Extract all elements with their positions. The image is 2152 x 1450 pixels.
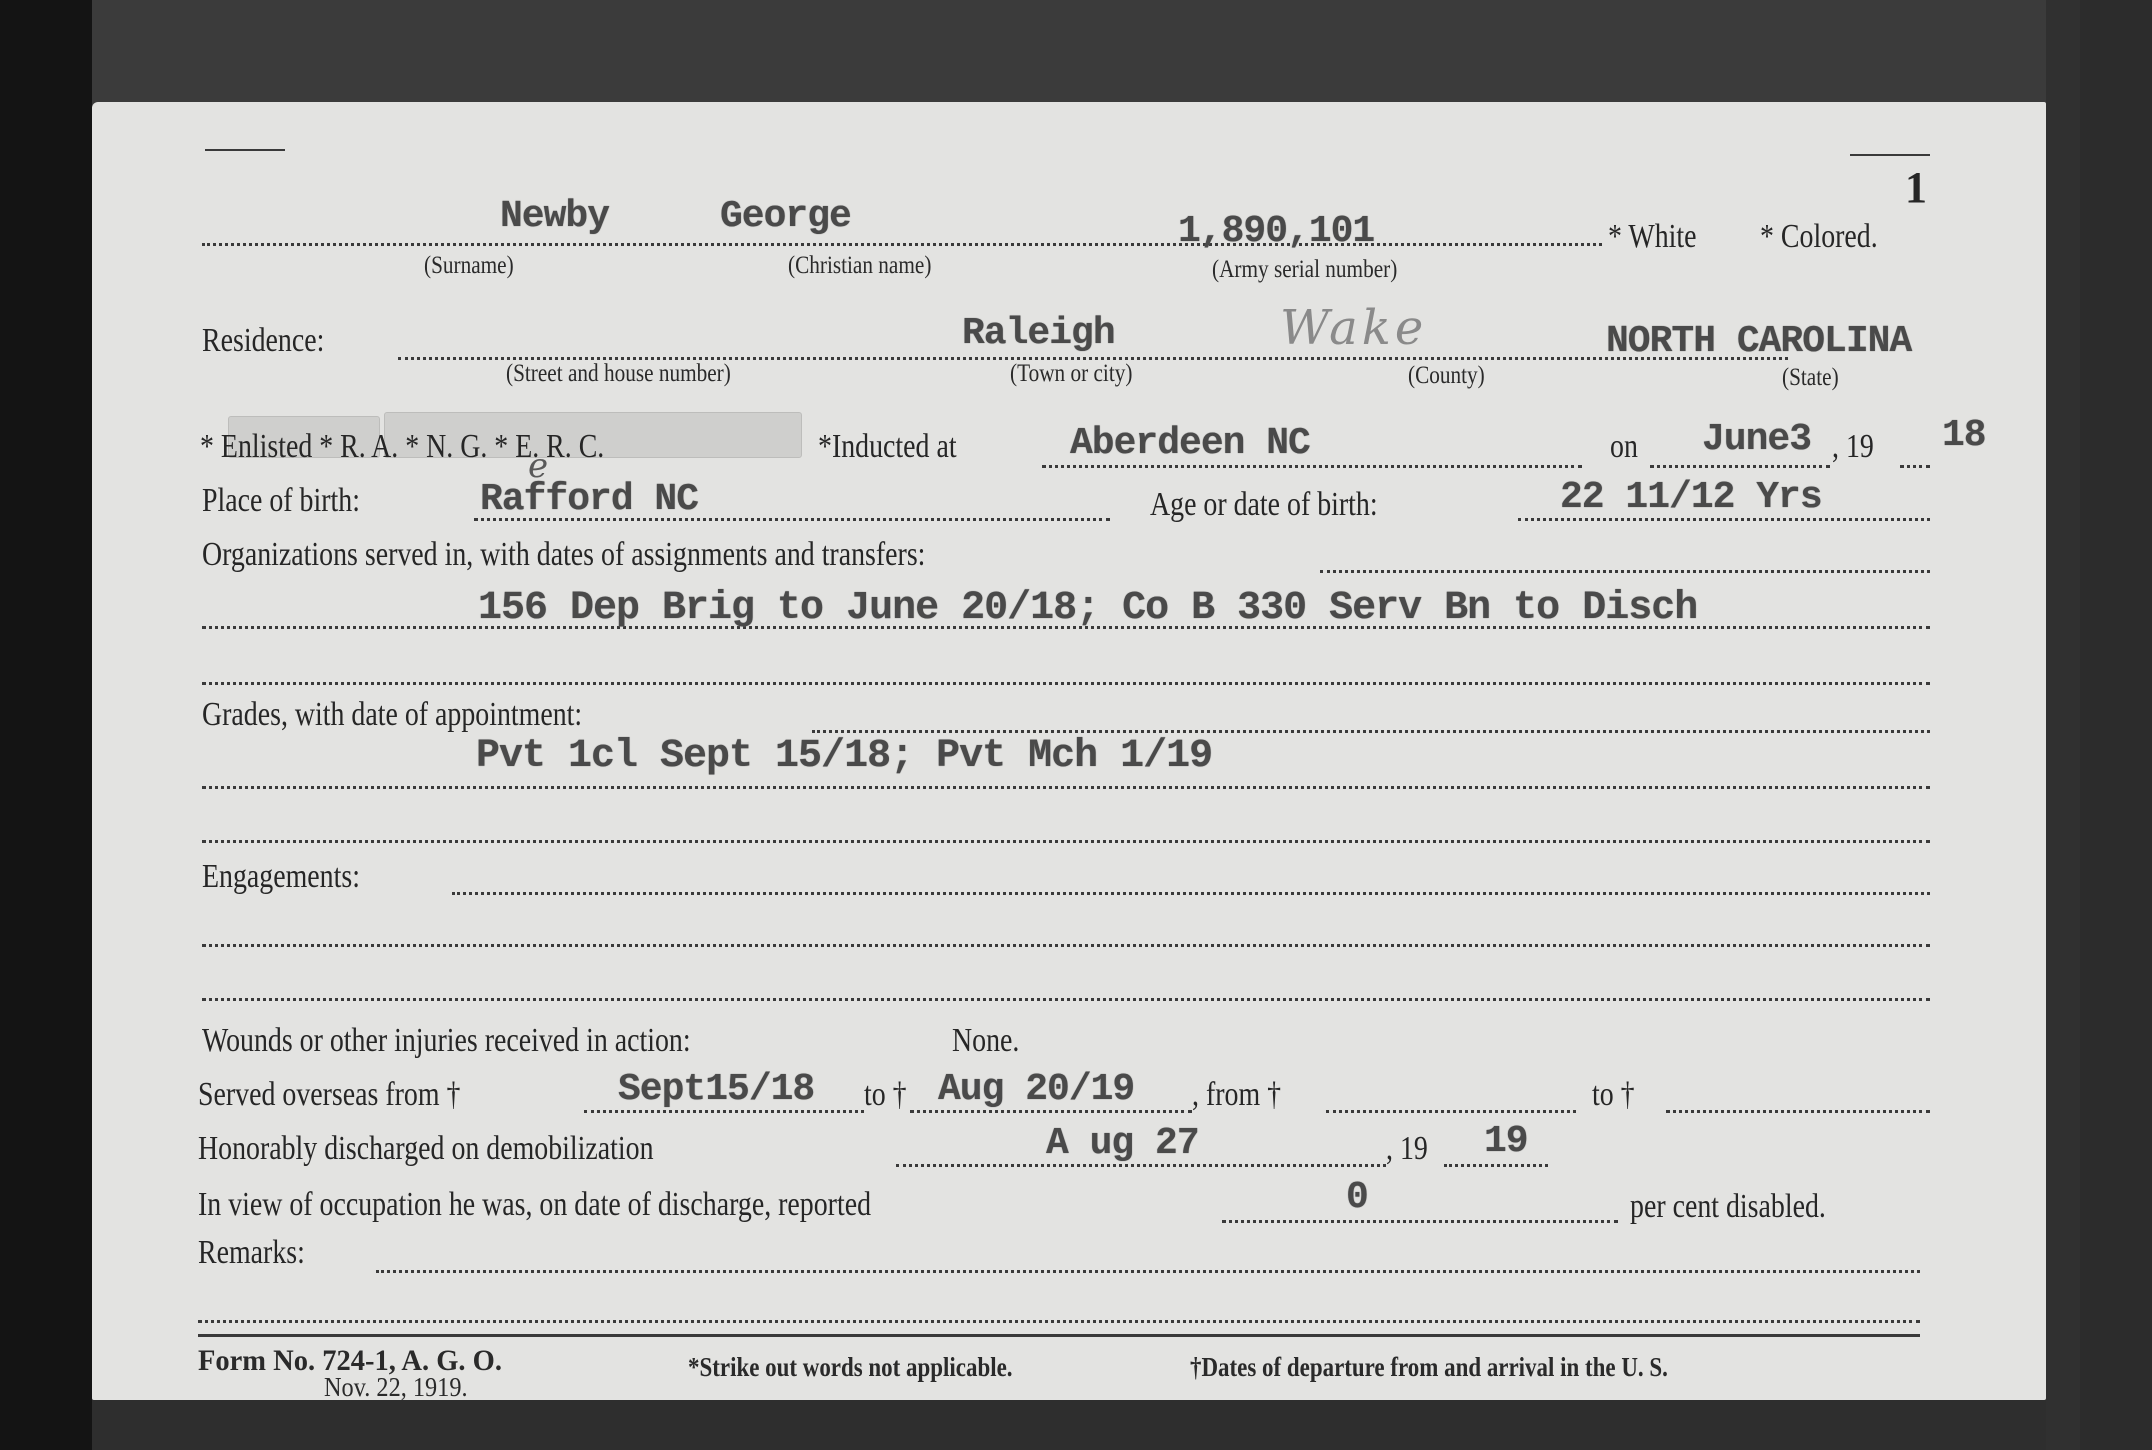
engagements-line-2 (202, 944, 1930, 947)
engagements-line-1 (452, 892, 1930, 895)
grades-line-3 (202, 840, 1930, 843)
overseas-to-line-2 (1666, 1110, 1930, 1113)
grades-label: Grades, with date of appointment: (202, 696, 582, 734)
remarks-line-1 (376, 1270, 1920, 1273)
inducted-at-value: Aberdeen NC (1070, 422, 1310, 465)
induction-year-value: 18 (1942, 414, 1986, 457)
overseas-to-label-2: to † (1592, 1076, 1635, 1114)
inducted-label: *Inducted at (818, 428, 957, 466)
christian-name-value: George (720, 195, 851, 238)
wounds-value: None. (952, 1022, 1019, 1060)
scan-background-bottom (92, 1400, 2046, 1450)
disability-value: 0 (1346, 1176, 1368, 1219)
place-of-birth-value: Rafford NC (480, 478, 698, 521)
residence-state: NORTH CAROLINA (1606, 320, 1911, 363)
footer-rule (198, 1334, 1920, 1337)
card-number: 1 (1905, 162, 1927, 213)
induction-year-line (1900, 465, 1930, 468)
induction-date-value: June3 (1702, 418, 1811, 461)
overseas-label: Served overseas from † (198, 1076, 460, 1114)
grades-line-1 (812, 730, 1930, 733)
induction-year-prefix: , 19 (1832, 428, 1874, 466)
grades-value: Pvt 1cl Sept 15/18; Pvt Mch 1/19 (476, 734, 1212, 779)
discharge-year-value: 19 (1484, 1120, 1528, 1163)
overseas-from-label-2: , from † (1192, 1076, 1281, 1114)
scan-background-left (0, 0, 92, 1450)
age-label: Age or date of birth: (1150, 486, 1378, 524)
residence-town: Raleigh (962, 312, 1115, 355)
overseas-to-1: Aug 20/19 (938, 1068, 1134, 1111)
dates-note: †Dates of departure from and arrival in … (1190, 1352, 1668, 1383)
organizations-line-3 (202, 682, 1930, 685)
inducted-line (1042, 465, 1582, 468)
wounds-label: Wounds or other injuries received in act… (202, 1022, 691, 1060)
top-right-rule (1850, 154, 1930, 156)
remarks-line-2 (198, 1320, 1920, 1323)
organizations-line-1 (1320, 570, 1930, 573)
residence-county: Wake (1280, 300, 1427, 356)
surname-value: Newby (500, 195, 609, 238)
overseas-from-1: Sept15/18 (618, 1068, 814, 1111)
place-of-birth-correction: e (528, 446, 552, 486)
disability-suffix: per cent disabled. (1630, 1188, 1826, 1226)
race-colored: * Colored. (1760, 218, 1878, 256)
discharge-year-prefix: , 19 (1386, 1130, 1428, 1168)
surname-label: (Surname) (424, 252, 514, 280)
street-label: (Street and house number) (506, 360, 731, 388)
state-label: (State) (1782, 364, 1839, 392)
residence-label: Residence: (202, 322, 324, 360)
induction-date-line (1650, 465, 1830, 468)
disability-label: In view of occupation he was, on date of… (198, 1186, 871, 1224)
county-label: (County) (1408, 362, 1485, 390)
age-value: 22 11/12 Yrs (1560, 476, 1822, 519)
race-white: * White (1608, 218, 1697, 256)
engagements-label: Engagements: (202, 858, 360, 896)
form-date: Nov. 22, 1919. (324, 1372, 468, 1403)
scan-background-right-edge (2080, 0, 2152, 1450)
engagements-line-3 (202, 998, 1930, 1001)
strike-out-note: *Strike out words not applicable. (688, 1352, 1013, 1383)
organizations-label: Organizations served in, with dates of a… (202, 536, 925, 574)
name-line (202, 243, 1602, 246)
discharge-year-line (1444, 1164, 1548, 1167)
grades-line-2 (202, 786, 1930, 789)
organizations-value: 156 Dep Brig to June 20/18; Co B 330 Ser… (478, 586, 1697, 631)
remarks-label: Remarks: (198, 1234, 305, 1272)
place-of-birth-label: Place of birth: (202, 482, 360, 520)
christian-name-label: (Christian name) (788, 252, 931, 280)
serial-number-label: (Army serial number) (1212, 256, 1397, 284)
overseas-from-line-2 (1326, 1110, 1576, 1113)
overseas-to-label-1: to † (864, 1076, 907, 1114)
disability-line (1222, 1220, 1618, 1223)
town-label: (Town or city) (1010, 360, 1132, 388)
serial-number-value: 1,890,101 (1178, 210, 1374, 253)
on-label: on (1610, 428, 1638, 466)
discharge-date-value: A ug 27 (1046, 1122, 1199, 1165)
top-left-rule (205, 149, 285, 151)
discharge-label: Honorably discharged on demobilization (198, 1130, 654, 1168)
